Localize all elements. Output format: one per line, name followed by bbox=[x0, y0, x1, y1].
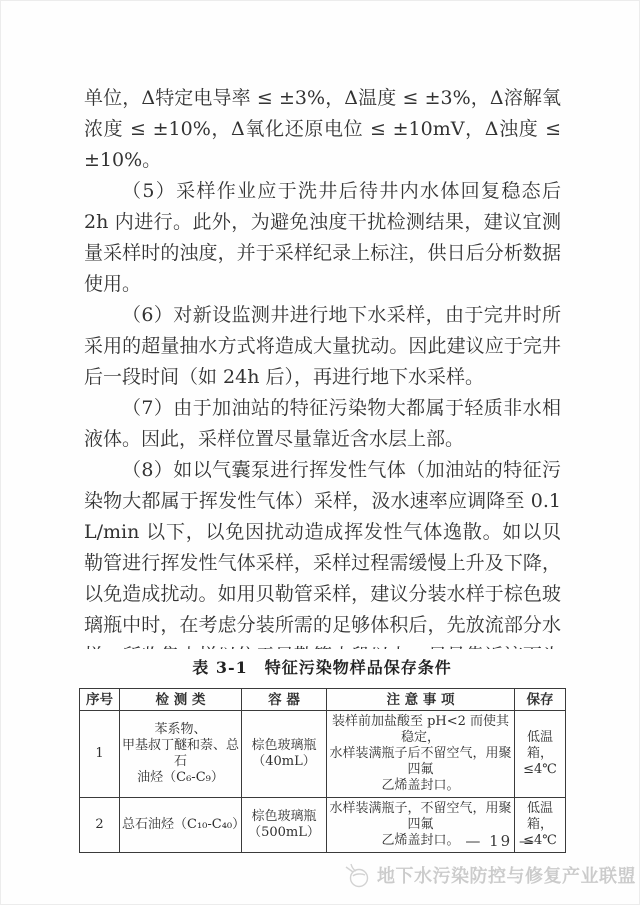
cell-notes: 装样前加盐酸至 pH<2 而使其稳定， 水样装满瓶子后不留空气，用聚四氟 乙烯盖… bbox=[327, 711, 515, 798]
cell-container: 棕色玻璃瓶 （40mL） bbox=[242, 711, 327, 798]
body-paragraph: （6）对新设监测井进行地下水采样，由于完井时所采用的超量抽水方式将造成大量扰动。… bbox=[84, 300, 561, 393]
alliance-logo-icon bbox=[342, 859, 374, 891]
footer-watermark: 地下水污染防控与修复产业联盟 bbox=[342, 859, 636, 891]
watermark-text: 地下水污染防控与修复产业联盟 bbox=[377, 862, 636, 888]
document-page: 单位，Δ特定电导率 ≤ ±3%，Δ温度 ≤ ±3%，Δ溶解氧浓度 ≤ ±10%，… bbox=[0, 0, 640, 905]
header-storage: 保存 bbox=[515, 689, 566, 711]
header-category: 检 测 类 bbox=[120, 689, 242, 711]
sample-preservation-table-block: 表 3-1 特征污染物样品保存条件 序号 检 测 类 容 器 注 意 事 项 保… bbox=[79, 655, 565, 853]
cell-storage: 低温箱， ≤4℃ bbox=[515, 711, 566, 798]
table-header-row: 序号 检 测 类 容 器 注 意 事 项 保存 bbox=[80, 689, 566, 711]
table-title: 表 3-1 特征污染物样品保存条件 bbox=[79, 655, 565, 678]
page-number: — 19 — bbox=[1, 832, 536, 850]
body-paragraph: 单位，Δ特定电导率 ≤ ±3%，Δ温度 ≤ ±3%，Δ溶解氧浓度 ≤ ±10%，… bbox=[84, 83, 561, 176]
header-container: 容 器 bbox=[242, 689, 327, 711]
body-text: 单位，Δ特定电导率 ≤ ±3%，Δ温度 ≤ ±3%，Δ溶解氧浓度 ≤ ±10%，… bbox=[84, 83, 561, 649]
table-row: 1 苯系物、 甲基叔丁醚和萘、总石 油烃（C₆-C₉） 棕色玻璃瓶 （40mL）… bbox=[80, 711, 566, 798]
header-notes: 注 意 事 项 bbox=[327, 689, 515, 711]
body-paragraph: （8）如以气囊泵进行挥发性气体（加油站的特征污染物大都属于挥发性气体）采样，汲水… bbox=[84, 455, 561, 649]
body-paragraph: （5）采样作业应于洗井后待井内水体回复稳态后 2h 内进行。此外，为避免浊度干扰… bbox=[84, 176, 561, 300]
header-no: 序号 bbox=[80, 689, 120, 711]
cell-category: 苯系物、 甲基叔丁醚和萘、总石 油烃（C₆-C₉） bbox=[120, 711, 242, 798]
sample-preservation-table: 序号 检 测 类 容 器 注 意 事 项 保存 1 苯系物、 甲基叔丁醚和萘、总… bbox=[79, 688, 566, 853]
body-paragraph: （7）由于加油站的特征污染物大都属于轻质非水相液体。因此，采样位置尽量靠近含水层… bbox=[84, 393, 561, 455]
cell-no: 1 bbox=[80, 711, 120, 798]
